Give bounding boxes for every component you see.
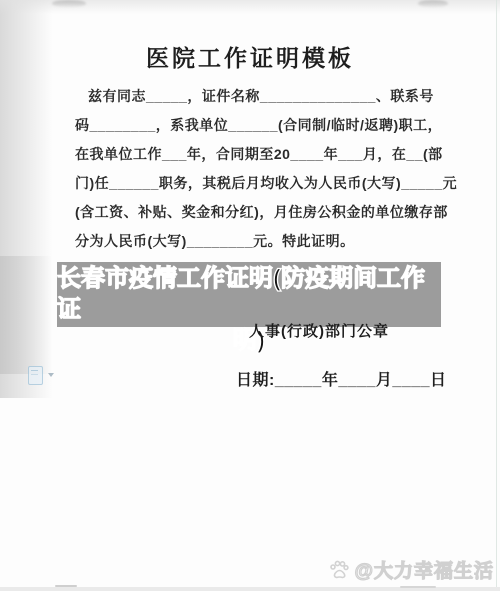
scan-smudge-right — [418, 0, 448, 7]
body-line: 兹有同志_____，证件名称______________、联系号 — [75, 82, 428, 111]
body-line: 门)任______职务，其税后月均收入为人民币(大写)_____元 — [75, 169, 428, 198]
body-line: (含工资、补贴、奖金和分红)，月住房公积金的单位缴存部 — [75, 198, 428, 227]
paste-options-button[interactable] — [28, 364, 66, 386]
document-title: 医院工作证明模板 — [0, 40, 500, 73]
watermark: @大力幸福生活 — [328, 556, 494, 583]
watermark-text: @大力幸福生活 — [354, 556, 494, 583]
overlay-title-band: 长春市疫情工作证明(防疫期间工作证 明) — [57, 262, 441, 327]
body-line: 码________，系我单位______(合同制/临时/返聘)职工， — [75, 111, 428, 140]
paw-icon — [328, 559, 350, 581]
body-line: 分为人民币(大写)________元。特此证明。 — [75, 227, 428, 256]
scan-shade-left-band — [0, 256, 58, 374]
scan-smudge-left — [52, 0, 86, 7]
body-line: 在我单位工作___年，合同期至20____年___月，在__(部 — [75, 140, 428, 169]
scan-bottom-dash — [400, 586, 436, 588]
stamp-department-label: 人事(行政)部门公章 — [249, 320, 389, 341]
scan-bottom-dash — [55, 585, 77, 587]
document-page: 医院工作证明模板 兹有同志_____，证件名称______________、联系… — [0, 0, 500, 591]
date-line: 日期:_____年____月____日 — [236, 367, 447, 390]
overlay-title-line1: 长春市疫情工作证明(防疫期间工作证 — [57, 263, 441, 325]
page-edge-line — [496, 0, 497, 591]
document-body: 兹有同志_____，证件名称______________、联系号 码______… — [75, 82, 428, 256]
chevron-down-icon — [48, 373, 54, 377]
paste-options-icon — [28, 366, 43, 385]
